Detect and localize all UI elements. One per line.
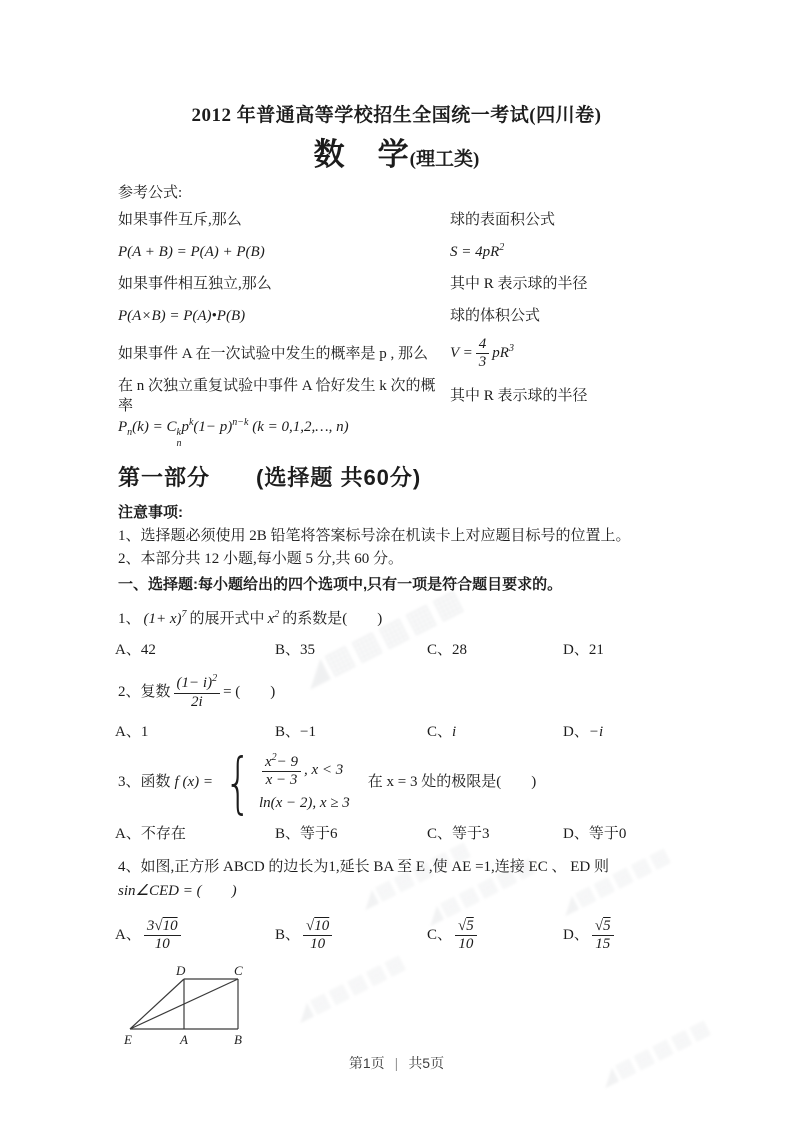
q1-binomial-base: (1+ x) xyxy=(144,611,182,627)
option-B: B、等于6 xyxy=(275,824,427,844)
fraction-numerator: x2− 9 xyxy=(262,752,301,772)
q3-cases: x2− 9x − 3, x < 3 ln(x − 2), x ≥ 3 xyxy=(259,752,350,813)
question4-options: A、3√1010 B、√1010 C、√510 D、√515 xyxy=(115,918,738,954)
option-C: C、i xyxy=(427,722,563,742)
option-text: 28 xyxy=(452,642,467,658)
option-text: 1 xyxy=(141,724,149,740)
option-text: 21 xyxy=(589,642,604,658)
option-label: B、 xyxy=(275,642,300,658)
vertex-label-B: B xyxy=(234,1032,242,1047)
formula-row: 如果事件相互独立,那么 其中 R 表示球的半径 xyxy=(118,268,738,300)
brace-symbol: { xyxy=(224,755,251,811)
question3-stem: 3、函数 f (x) = { x2− 9x − 3, x < 3 ln(x − … xyxy=(118,752,738,813)
option-A: A、不存在 xyxy=(115,824,275,844)
option-label: C、 xyxy=(427,724,452,740)
q3-case2: ln(x − 2), x ≥ 3 xyxy=(259,793,350,813)
formula-row: P(A×B) = P(A)•P(B) 球的体积公式 xyxy=(118,300,738,332)
fraction-numerator: 3√10 xyxy=(144,918,181,936)
q2-equals: = ( ) xyxy=(223,682,275,702)
q1-term-exp: 2 xyxy=(274,609,279,620)
fraction-denominator: 10 xyxy=(144,936,181,953)
option-label: B、 xyxy=(275,927,300,943)
question1-stem: 1、(1+ x)7的展开式中x2的系数是( ) xyxy=(118,608,738,629)
option-C: C、28 xyxy=(427,640,563,660)
option-text: 35 xyxy=(300,642,315,658)
q3-case1: x2− 9x − 3, x < 3 xyxy=(259,752,350,790)
fraction-denominator: 10 xyxy=(455,936,477,953)
q2-text: 复数 xyxy=(141,682,171,702)
fraction-numerator: (1− i)2 xyxy=(174,673,221,693)
q1-binomial-exp: 7 xyxy=(182,609,187,620)
option-D: D、等于0 xyxy=(563,824,738,844)
option-label: D、 xyxy=(563,826,589,842)
radius-note: 其中 R 表示球的半径 xyxy=(450,274,738,294)
option-D: D、−i xyxy=(563,722,738,742)
page-content: 参考公式: 如果事件互斥,那么 球的表面积公式 P(A + B) = P(A) … xyxy=(118,183,738,1055)
radius-note: 其中 R 表示球的半径 xyxy=(450,386,738,406)
independent-label: 如果事件相互独立,那么 xyxy=(118,274,450,294)
question-number: 2、 xyxy=(118,682,141,702)
question4-stem-line1: 4、如图,正方形 ABCD 的边长为1,延长 BA 至 E ,使 AE =1,连… xyxy=(118,857,738,877)
q2-num-exp: 2 xyxy=(212,673,217,684)
footer-separator: | xyxy=(395,1055,399,1071)
volume-fraction: 43 xyxy=(476,336,490,372)
footer-total-pages: 共5页 xyxy=(408,1055,444,1071)
surface-area-label: 球的表面积公式 xyxy=(450,210,738,230)
page-footer: 第1页|共5页 xyxy=(0,1054,793,1073)
formula-row: 如果事件 A 在一次试验中发生的概率是 p , 那么 V =43pR3 xyxy=(118,332,738,376)
option-label: A、 xyxy=(115,724,141,740)
question4-figure: D C E A B xyxy=(122,965,282,1049)
question-number: 1、 xyxy=(118,611,141,627)
option-label: D、 xyxy=(563,927,589,943)
option-C: C、等于3 xyxy=(427,824,563,844)
radicand: 10 xyxy=(163,918,178,934)
option-C: C、√510 xyxy=(427,918,563,954)
question1-options: A、42 B、35 C、28 D、21 xyxy=(115,640,738,660)
option-label: D、 xyxy=(563,724,589,740)
option-B: B、√1010 xyxy=(275,918,427,954)
formula-row: Pn(k) = Cknpk(1− p)n−k (k = 0,1,2,…, n) xyxy=(118,416,738,449)
option-text: −i xyxy=(589,724,603,740)
option-A: A、3√1010 xyxy=(115,918,275,954)
volume-formula-lhs: V = xyxy=(450,345,473,361)
option-label: C、 xyxy=(427,826,452,842)
bern-exp: n−k xyxy=(232,417,248,428)
q1-text: 的系数是( ) xyxy=(282,611,382,627)
probability-multiplication-formula: P(A×B) = P(A)•P(B) xyxy=(118,306,450,326)
section-type-line: 一、选择题:每小题给出的四个选项中,只有一项是符合题目要求的。 xyxy=(118,575,738,595)
fraction-denominator: 3 xyxy=(476,354,490,371)
fraction-numerator: 4 xyxy=(476,336,490,354)
bern-P: P xyxy=(118,419,127,435)
subject-category: (理工类) xyxy=(410,149,480,170)
option-text: −1 xyxy=(300,724,316,740)
subject-name: 数 学 xyxy=(314,137,410,172)
note-item: 1、选择题必须使用 2B 铅笔将答案标号涂在机读卡上对应题目标号的位置上。 xyxy=(118,526,738,546)
sqrt-symbol: √ xyxy=(154,918,162,934)
sqrt-symbol: √ xyxy=(458,918,466,934)
option-B: B、−1 xyxy=(275,722,427,742)
option-A: A、42 xyxy=(115,640,275,660)
fraction-denominator: 2i xyxy=(174,694,221,711)
question-number: 3、 xyxy=(118,772,141,792)
formula-row: P(A + B) = P(A) + P(B) S = 4pR2 xyxy=(118,236,738,268)
probability-addition-formula: P(A + B) = P(A) + P(B) xyxy=(118,242,450,262)
option-fraction: √515 xyxy=(592,918,614,954)
bernoulli-formula: Pn(k) = Cknpk(1− p)n−k (k = 0,1,2,…, n) xyxy=(118,416,450,449)
vertex-label-C: C xyxy=(234,965,243,978)
option-fraction: √510 xyxy=(455,918,477,954)
option-text: i xyxy=(452,724,456,740)
footer-page-number: 第1页 xyxy=(349,1055,385,1071)
q2-num-base: (1− i) xyxy=(177,675,213,691)
question4-stem-line2: sin∠CED = ( ) xyxy=(118,881,738,901)
q1-binomial: (1+ x)7 xyxy=(144,611,187,627)
option-fraction: 3√1010 xyxy=(144,918,181,954)
option-label: A、 xyxy=(115,642,141,658)
option-text: 等于3 xyxy=(452,826,490,842)
question2-options: A、1 B、−1 C、i D、−i xyxy=(115,722,738,742)
volume-formula-tail: pR xyxy=(492,345,509,361)
notes-heading: 注意事项: xyxy=(118,503,738,523)
c1-num-rest: − 9 xyxy=(277,754,298,770)
option-label: C、 xyxy=(427,927,452,943)
vertex-label-A: A xyxy=(179,1032,188,1047)
q3-case1-condition: , x < 3 xyxy=(304,762,343,778)
bern-p: p xyxy=(181,419,189,435)
option-label: B、 xyxy=(275,724,300,740)
subject-title: 数 学(理工类) xyxy=(0,134,793,176)
option-label: A、 xyxy=(115,927,141,943)
exam-page: ◢▦▦▦▦▦ ◢▦▦▦▦▦ ◢▦▦▦▦▦ ◢▦▦▦▦▦ ◢▦▦▦▦▦ ◢▦▦▦▦… xyxy=(0,0,793,1122)
q3-case1-fraction: x2− 9x − 3 xyxy=(262,752,301,790)
option-B: B、35 xyxy=(275,640,427,660)
radicand: 5 xyxy=(466,918,474,934)
segment-ED xyxy=(130,979,184,1029)
question3-options: A、不存在 B、等于6 C、等于3 D、等于0 xyxy=(115,824,738,844)
q3-function-lhs: f (x) = xyxy=(175,772,213,792)
formula-row: 如果事件互斥,那么 球的表面积公式 xyxy=(118,204,738,236)
option-A: A、1 xyxy=(115,722,275,742)
q3-piecewise: { x2− 9x − 3, x < 3 ln(x − 2), x ≥ 3 xyxy=(217,752,350,813)
bern-domain: (k = 0,1,2,…, n) xyxy=(248,419,348,435)
surface-formula-base: S = 4pR xyxy=(450,244,499,260)
q3-limit-text: 在 x = 3 处的极限是( ) xyxy=(368,772,536,792)
question4-figure-wrapper: D C E A B xyxy=(122,965,738,1055)
fraction-numerator: √5 xyxy=(592,918,614,936)
q2-fraction: (1− i)22i xyxy=(174,673,221,711)
note-item: 2、本部分共 12 小题,每小题 5 分,共 60 分。 xyxy=(118,549,738,569)
option-D: D、21 xyxy=(563,640,738,660)
volume-label: 球的体积公式 xyxy=(450,306,738,326)
radicand: 10 xyxy=(314,918,329,934)
bern-C: C xyxy=(166,419,176,435)
option-D: D、√515 xyxy=(563,918,738,954)
fraction-denominator: 10 xyxy=(303,936,332,953)
sqrt-symbol: √ xyxy=(595,918,603,934)
volume-formula: V =43pR3 xyxy=(450,336,738,372)
q1-text: 的展开式中 xyxy=(190,611,265,627)
option-text: 42 xyxy=(141,642,156,658)
sqrt-symbol: √ xyxy=(306,918,314,934)
reference-formulas-section: 如果事件互斥,那么 球的表面积公式 P(A + B) = P(A) + P(B)… xyxy=(118,204,738,450)
vertex-label-E: E xyxy=(123,1032,132,1047)
part-one-heading: 第一部分 (选择题 共60分) xyxy=(118,463,738,493)
fraction-numerator: √10 xyxy=(303,918,332,936)
option-fraction: √1010 xyxy=(303,918,332,954)
option-text: 等于6 xyxy=(300,826,338,842)
q3-text: 函数 xyxy=(141,772,171,792)
fraction-numerator: √5 xyxy=(455,918,477,936)
exam-title: 2012 年普通高等学校招生全国统一考试(四川卷) xyxy=(0,0,793,129)
bern-C-sub: n xyxy=(176,439,181,450)
option-label: C、 xyxy=(427,642,452,658)
formula-row: 在 n 次独立重复试验中事件 A 恰好发生 k 次的概率 其中 R 表示球的半径 xyxy=(118,376,738,417)
radicand: 5 xyxy=(603,918,611,934)
repeated-trials-label: 在 n 次独立重复试验中事件 A 恰好发生 k 次的概率 xyxy=(118,376,450,417)
surface-formula-exponent: 2 xyxy=(499,242,504,253)
volume-formula-exponent: 3 xyxy=(509,343,514,354)
mutex-label: 如果事件互斥,那么 xyxy=(118,210,450,230)
question2-stem: 2、复数 (1− i)22i = ( ) xyxy=(118,673,738,711)
fraction-denominator: x − 3 xyxy=(262,772,301,789)
reference-formulas-heading: 参考公式: xyxy=(118,183,738,203)
option-text: 不存在 xyxy=(141,826,186,842)
option-label: B、 xyxy=(275,826,300,842)
single-trial-label: 如果事件 A 在一次试验中发生的概率是 p , 那么 xyxy=(118,344,450,364)
bern-eq: (k) = xyxy=(132,419,166,435)
option-text: 等于0 xyxy=(589,826,627,842)
bern-open: (1− xyxy=(193,419,219,435)
surface-area-formula: S = 4pR2 xyxy=(450,241,738,262)
vertex-label-D: D xyxy=(175,965,186,978)
option-label: A、 xyxy=(115,826,141,842)
option-label: D、 xyxy=(563,642,589,658)
q1-term: x2 xyxy=(268,611,280,627)
c1-num-base: x xyxy=(265,754,272,770)
fraction-denominator: 15 xyxy=(592,936,614,953)
